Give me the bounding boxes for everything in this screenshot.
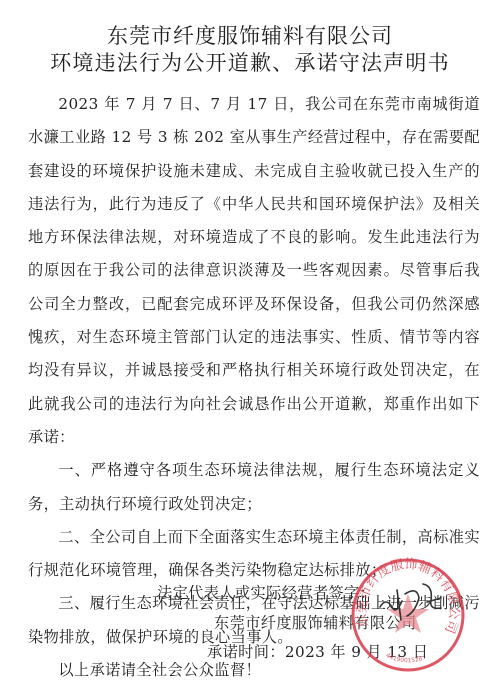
handwritten-signature-icon <box>375 572 455 632</box>
paragraph-pledge-1: 一、严格遵守各项生态环境法律法规，履行生态环境法定义务，主动执行环境行政处罚决定… <box>28 454 480 521</box>
svg-text:4419001528: 4419001528 <box>385 652 424 664</box>
document-title: 环境违法行为公开道歉、承诺守法声明书 <box>0 47 500 77</box>
company-title: 东莞市纤度服饰辅料有限公司 <box>0 20 500 50</box>
signature-label: 法定代表人或实际经营者签字： <box>157 582 375 603</box>
paragraph-intro: 2023 年 7 月 7 日、7 月 17 日，我公司在东莞市南城街道水濂工业路… <box>28 88 480 454</box>
